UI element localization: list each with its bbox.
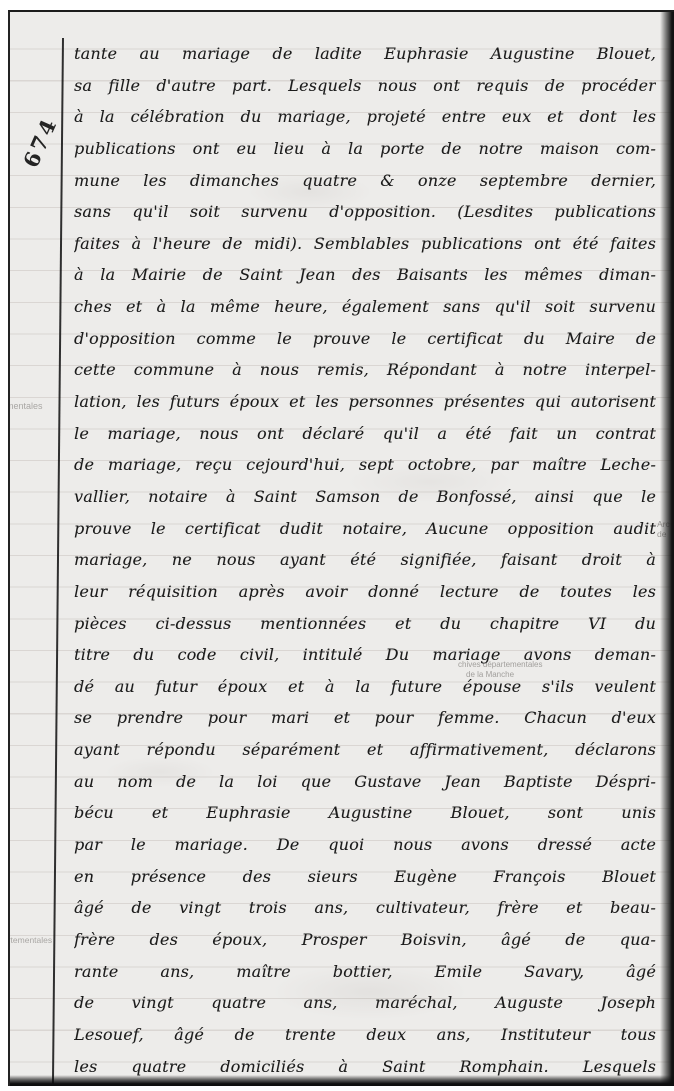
- handwritten-line: de vingt quatre ans, maréchal, Auguste J…: [74, 987, 656, 1019]
- handwritten-line: ches et à la même heure, également sans …: [74, 291, 656, 323]
- handwritten-line: dé au futur époux et à la future épouse …: [74, 671, 656, 703]
- handwritten-line: frère des époux, Prosper Boisvin, âgé de…: [74, 924, 656, 956]
- handwritten-line: tante au mariage de ladite Euphrasie Aug…: [74, 38, 656, 70]
- handwritten-line: vallier, notaire à Saint Samson de Bonfo…: [74, 481, 656, 513]
- handwritten-line: mariage, ne nous ayant été signifiée, fa…: [74, 544, 656, 576]
- handwritten-line: cette commune à nous remis, Répondant à …: [74, 354, 656, 386]
- handwritten-line: de mariage, reçu cejourd'hui, sept octob…: [74, 449, 656, 481]
- handwritten-line: à la célébration du mariage, projeté ent…: [74, 101, 656, 133]
- handwritten-line: ayant répondu séparément et affirmativem…: [74, 734, 656, 766]
- scan-edge-shadow-bottom: [10, 1075, 674, 1086]
- handwritten-line: d'opposition comme le prouve le certific…: [74, 323, 656, 355]
- page-number: 674: [18, 114, 62, 172]
- handwritten-line: lation, les futurs époux et les personne…: [74, 386, 656, 418]
- handwritten-line: bécu et Euphrasie Augustine Blouet, sont…: [74, 797, 656, 829]
- margin-rule-line: [52, 38, 64, 1086]
- handwritten-line: faites à l'heure de midi). Semblables pu…: [74, 228, 656, 260]
- handwritten-line: sa fille d'autre part. Lesquels nous ont…: [74, 70, 656, 102]
- handwritten-line: rante ans, maître bottier, Emile Savary,…: [74, 956, 656, 988]
- handwritten-line: leur réquisition après avoir donné lectu…: [74, 576, 656, 608]
- handwritten-line: le mariage, nous ont déclaré qu'il a été…: [74, 418, 656, 450]
- watermark-left-lower: artementales: [8, 935, 52, 945]
- handwritten-line: au nom de la loi que Gustave Jean Baptis…: [74, 766, 656, 798]
- handwritten-line: sans qu'il soit survenu d'opposition. (L…: [74, 196, 656, 228]
- handwritten-line: prouve le certificat dudit notaire, Aucu…: [74, 513, 656, 545]
- handwritten-line: par le mariage. De quoi nous avons dress…: [74, 829, 656, 861]
- handwritten-text-block: tante au mariage de ladite Euphrasie Aug…: [74, 38, 656, 1082]
- handwritten-line: titre du code civil, intitulé Du mariage…: [74, 639, 656, 671]
- register-page-screenshot: 674 mentales artementales chives départe…: [0, 0, 674, 1091]
- handwritten-line: en présence des sieurs Eugène François B…: [74, 861, 656, 893]
- page-scan: 674 mentales artementales chives départe…: [8, 10, 674, 1086]
- handwritten-line: mune les dimanches quatre & onze septemb…: [74, 165, 656, 197]
- handwritten-line: âgé de vingt trois ans, cultivateur, frè…: [74, 892, 656, 924]
- handwritten-line: Lesouef, âgé de trente deux ans, Institu…: [74, 1019, 656, 1051]
- handwritten-line: se prendre pour mari et pour femme. Chac…: [74, 702, 656, 734]
- handwritten-line: publications ont eu lieu à la porte de n…: [74, 133, 656, 165]
- watermark-left-upper: mentales: [8, 401, 43, 411]
- scan-gutter-shadow-right: [660, 12, 674, 1086]
- handwritten-line: à la Mairie de Saint Jean des Baisants l…: [74, 259, 656, 291]
- handwritten-line: pièces ci-dessus mentionnées et du chapi…: [74, 608, 656, 640]
